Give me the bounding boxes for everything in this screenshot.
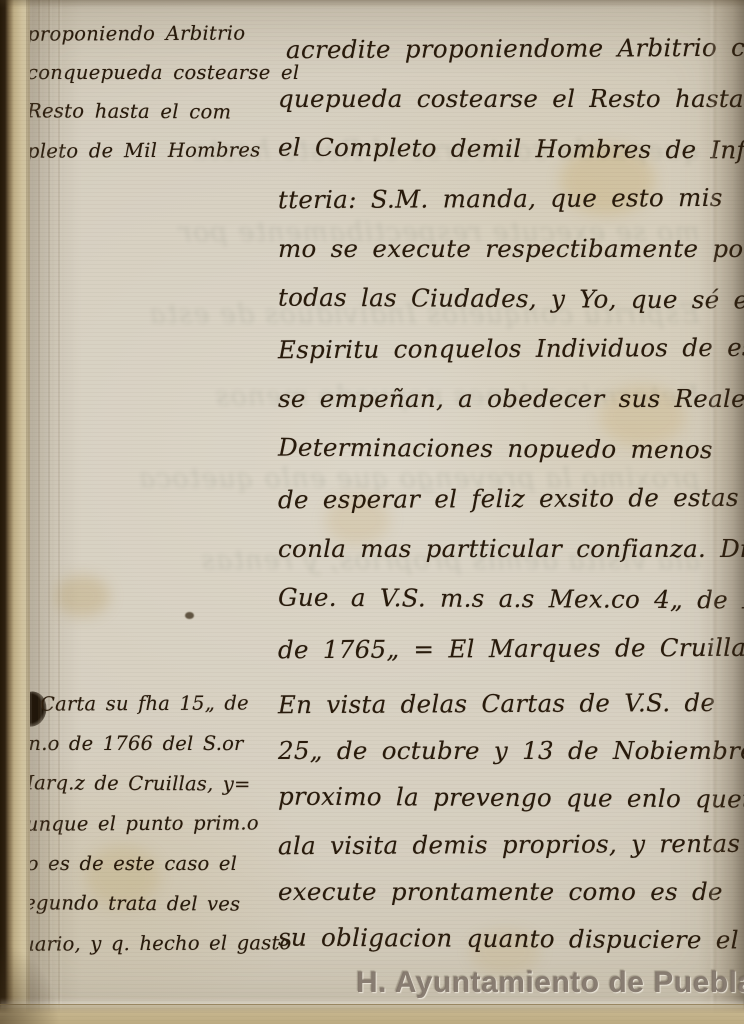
margin-note-line: Marq.z de Cruillas, y= [14, 763, 282, 805]
manuscript-line: ala visita demis proprios, y rentas [278, 820, 744, 869]
manuscript-line: de esperar el feliz exsito de estas [278, 473, 744, 525]
margin-note-line: no es de este caso el [14, 844, 282, 884]
book-binding-edge [0, 0, 30, 1024]
margin-note-line: Resto hasta el com [27, 91, 282, 132]
manuscript-line: proximo la prevengo que enlo quetoca [278, 773, 744, 823]
manuscript-line: Espiritu conquelos Individuos de esta [278, 323, 744, 375]
manuscript-line: acredite proponiendome Arbitrio con [278, 23, 744, 75]
margin-note-line: aunque el punto prim.o [14, 803, 282, 844]
manuscript-line: conla mas partticular confianza. Dios [278, 524, 744, 574]
manuscript-line: 25„ de octubre y 13 de Nobiembre [278, 727, 744, 774]
manuscript-line: mo se execute respectibamente por [278, 224, 744, 274]
manuscript-line: En vista delas Cartas de V.S. de [278, 679, 744, 728]
page-top-shadow [0, 0, 744, 8]
manuscript-line: se empeñan, a obedecer sus Reales [278, 374, 744, 424]
margin-note-2: Carta su fha 15„ de En.o de 1766 del S.o… [14, 684, 282, 964]
margin-note-line: Carta su fha 15„ de [14, 683, 282, 724]
manuscript-line: su obligacion quanto dispuciere el [278, 914, 744, 964]
manuscript-page-scan: quepueda costearse el Resto hasta mo se … [0, 0, 744, 1024]
margin-note-line: pleto de Mil Hombres [27, 130, 282, 170]
underlying-page-edge [0, 1004, 744, 1024]
manuscript-line: todas las Ciudades, y Yo, que sé el [278, 273, 744, 326]
margin-note-line: segundo trata del ves [14, 883, 282, 925]
margin-note-line: tuario, y q. hecho el gasto [14, 923, 282, 964]
ink-speck [185, 612, 194, 619]
manuscript-line: execute prontamente como es de [278, 868, 744, 915]
manuscript-line: Gue. a V.S. m.s a.s Mex.co 4„ de Dizre [278, 573, 744, 626]
margin-note-line: proponiendo Arbitrio [27, 13, 282, 53]
manuscript-line: Determinaciones nopuedo menos [278, 423, 744, 476]
archive-watermark: H. Ayuntamiento de Puebla [356, 966, 744, 1000]
margin-note-line: conquepueda costearse el [27, 53, 282, 92]
manuscript-line: tteria: S.M. manda, que esto mis [278, 173, 744, 225]
manuscript-line: quepueda costearse el Resto hasta [278, 74, 744, 124]
manuscript-line: de 1765„ = El Marques de Cruillas [278, 623, 744, 675]
paper-stain [55, 575, 110, 617]
manuscript-line: el Completo demil Hombres de Infan [278, 123, 744, 176]
body-paragraph-2: En vista delas Cartas de V.S. de 25„ de … [278, 680, 744, 962]
margin-note-1: proponiendo Arbitrio conquepueda costear… [27, 14, 282, 170]
margin-note-line: En.o de 1766 del S.or [14, 724, 282, 764]
body-paragraph-1: acredite proponiendome Arbitrio con quep… [278, 24, 744, 674]
